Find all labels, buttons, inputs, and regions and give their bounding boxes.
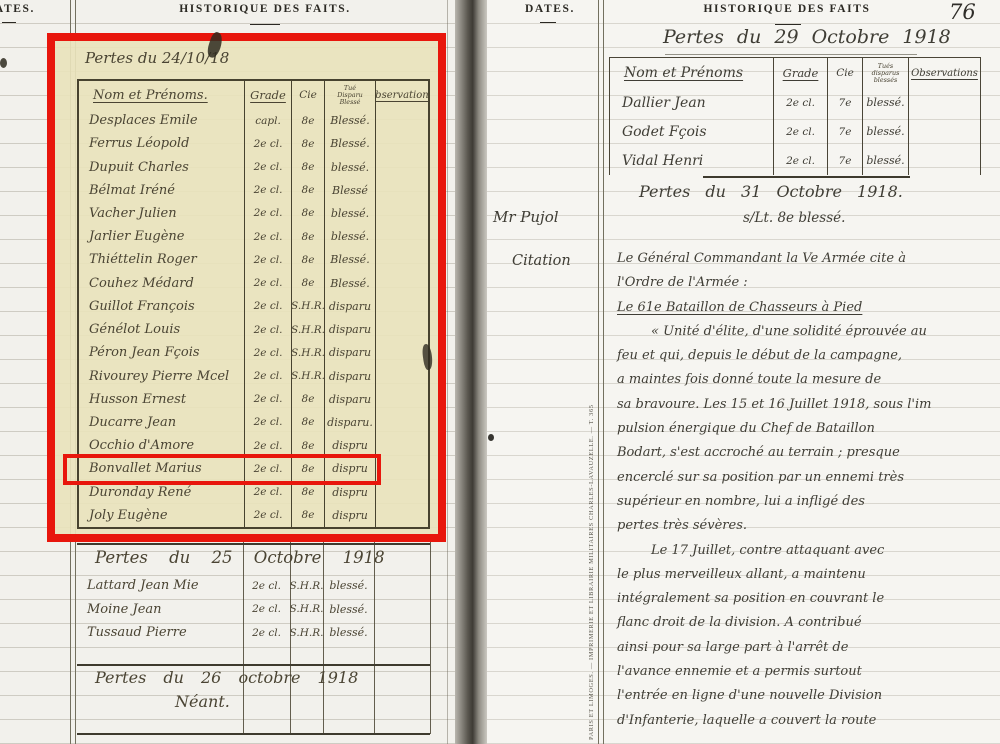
dates-column-header-right: DATES. bbox=[525, 3, 575, 15]
citation-line: l'avance ennemie et a permis surtout bbox=[617, 660, 997, 684]
cell-name: Ferrus Léopold bbox=[79, 132, 245, 155]
citation-line: Le Général Commandant la Ve Armée cite à bbox=[617, 247, 997, 271]
citation-line: Bodart, s'est accroché au terrain ; pres… bbox=[617, 441, 997, 465]
status-line-blesses: blessés bbox=[874, 77, 898, 84]
pertes-24-table-header: Nom et Prénoms. Grade Cie Tué Disparu Bl… bbox=[79, 81, 428, 109]
pertes-25-title: Pertes du 25 Octobre 1918 bbox=[95, 548, 385, 567]
cell-status: blessé. bbox=[325, 202, 376, 225]
historique-underline-left bbox=[250, 24, 280, 25]
cell-cie: 7e bbox=[828, 88, 863, 117]
historique-header-left: HISTORIQUE DES FAITS. bbox=[120, 3, 410, 15]
cell-obs bbox=[376, 295, 428, 318]
table-row: Péron Jean Fçois2e cl.S.H.R.disparu bbox=[79, 341, 428, 364]
cell-cie: 8e bbox=[292, 411, 325, 434]
cell-grade: 2e cl. bbox=[245, 179, 292, 202]
margin-rule-right-page bbox=[598, 0, 604, 744]
citation-line: l'entrée en ligne d'une nouvelle Divisio… bbox=[617, 684, 997, 708]
column-header-name: Nom et Prénoms bbox=[610, 58, 774, 88]
cell-name: Vidal Henri bbox=[610, 146, 774, 175]
bonvallet-row-highlight-annotation bbox=[63, 454, 381, 485]
pertes-29-table: Nom et Prénoms Grade Cie Tués disparus b… bbox=[609, 57, 981, 175]
column-header-status: Tué Disparu Blessé bbox=[325, 81, 376, 109]
dates-underline-right bbox=[540, 22, 556, 23]
cell-grade: 2e cl. bbox=[774, 88, 828, 117]
cell-grade: 2e cl. bbox=[245, 272, 292, 295]
table-row: Godet Fçois2e cl.7eblessé. bbox=[610, 117, 980, 146]
cell-status: Blessé. bbox=[325, 109, 376, 132]
cell-status: blessé. bbox=[325, 155, 376, 178]
cell-grade: 2e cl. bbox=[243, 574, 290, 598]
table-row: Dupuit Charles2e cl.8eblessé. bbox=[79, 155, 428, 178]
page-edge-rule-left bbox=[447, 0, 448, 744]
cell-status: Blessé bbox=[325, 179, 376, 202]
historique-header-right: HISTORIQUE DES FAITS bbox=[667, 3, 907, 15]
citation-line: a maintes fois donné toute la mesure de bbox=[617, 368, 997, 392]
cell-status: blessé. bbox=[323, 598, 374, 622]
cell-obs bbox=[376, 434, 428, 457]
cell-name: Lattard Jean Mie bbox=[77, 574, 243, 598]
table-row: Bélmat Iréné2e cl.8eBlessé bbox=[79, 179, 428, 202]
cell-name: Moine Jean bbox=[77, 598, 243, 622]
citation-line: Le 17 Juillet, contre attaquant avec bbox=[617, 539, 997, 563]
cell-obs bbox=[374, 598, 430, 622]
cell-name: Génélot Louis bbox=[79, 318, 245, 341]
citation-line: d'Infanterie, laquelle a couvert la rout… bbox=[617, 709, 997, 733]
cell-grade: 2e cl. bbox=[245, 225, 292, 248]
citation-line: supérieur en nombre, lui a infligé des bbox=[617, 490, 997, 514]
cell-name: Vacher Julien bbox=[79, 202, 245, 225]
cell-cie: 8e bbox=[292, 109, 325, 132]
status-line-blesse: Blessé bbox=[340, 99, 361, 106]
table-row: Génélot Louis2e cl.S.H.R.disparu bbox=[79, 318, 428, 341]
cell-status: blessé. bbox=[863, 146, 909, 175]
table-row: Vidal Henri2e cl.7eblessé. bbox=[610, 146, 980, 175]
citation-label: Citation bbox=[512, 253, 571, 269]
cell-name: Tussaud Pierre bbox=[77, 621, 243, 645]
cell-obs bbox=[376, 318, 428, 341]
cell-grade: 2e cl. bbox=[245, 364, 292, 387]
cell-obs bbox=[376, 341, 428, 364]
cell-name: Ducarre Jean bbox=[79, 411, 245, 434]
historique-underline-right bbox=[775, 24, 801, 25]
column-header-cie: Cie bbox=[292, 81, 325, 109]
pertes-24-highlight-annotation: Pertes du 24/10/18 Nom et Prénoms. Grade… bbox=[47, 33, 446, 542]
printer-imprint: PARIS ET LIMOGES. — IMPRIMERIE ET LIBRAI… bbox=[588, 280, 595, 740]
cell-obs bbox=[374, 574, 430, 598]
cell-name: Dallier Jean bbox=[610, 88, 774, 117]
cell-status: blessé. bbox=[325, 225, 376, 248]
cell-name: Couhez Médard bbox=[79, 272, 245, 295]
citation-line: sa bravoure. Les 15 et 16 Juillet 1918, … bbox=[617, 393, 997, 417]
cell-grade: 2e cl. bbox=[245, 388, 292, 411]
table-row: Husson Ernest2e cl.8edisparu bbox=[79, 388, 428, 411]
cell-grade: 2e cl. bbox=[245, 318, 292, 341]
citation-line: le plus merveilleux allant, a maintenu bbox=[617, 563, 997, 587]
table-row: Jarlier Eugène2e cl.8eblessé. bbox=[79, 225, 428, 248]
cell-obs bbox=[909, 88, 980, 117]
cell-status: disparu bbox=[325, 295, 376, 318]
cell-status: disparu bbox=[325, 388, 376, 411]
citation-line: l'Ordre de l'Armée : bbox=[617, 271, 997, 295]
cell-obs bbox=[376, 481, 428, 504]
cell-grade: 2e cl. bbox=[245, 295, 292, 318]
citation-line: « Unité d'élite, d'une solidité éprouvée… bbox=[617, 320, 997, 344]
cell-cie: 7e bbox=[828, 146, 863, 175]
table-row: Dallier Jean2e cl.7eblessé. bbox=[610, 88, 980, 117]
cell-name: Rivourey Pierre Mcel bbox=[79, 364, 245, 387]
cell-status: disparu bbox=[325, 341, 376, 364]
cell-cie: 8e bbox=[292, 248, 325, 271]
cell-cie: S.H.R. bbox=[290, 574, 323, 598]
column-header-cie: Cie bbox=[828, 58, 863, 88]
citation-line: pertes très sévères. bbox=[617, 514, 997, 538]
cell-obs bbox=[909, 117, 980, 146]
table-row: Ducarre Jean2e cl.8edisparu. bbox=[79, 411, 428, 434]
cell-grade: 2e cl. bbox=[245, 504, 292, 527]
cell-name: Godet Fçois bbox=[610, 117, 774, 146]
pertes-31-officer-detail: s/Lt. 8e blessé. bbox=[743, 210, 845, 226]
cell-obs bbox=[376, 411, 428, 434]
cell-grade: 2e cl. bbox=[245, 248, 292, 271]
section-divider bbox=[77, 733, 430, 735]
table-row: Moine Jean2e cl.S.H.R.blessé. bbox=[77, 598, 430, 622]
cell-grade: 2e cl. bbox=[245, 411, 292, 434]
cell-grade: 2e cl. bbox=[774, 146, 828, 175]
cell-name: Desplaces Emile bbox=[79, 109, 245, 132]
cell-status: blessé. bbox=[863, 117, 909, 146]
cell-obs bbox=[376, 109, 428, 132]
pertes-26-note: Néant. bbox=[175, 692, 230, 711]
right-page: DATES. HISTORIQUE DES FAITS 76 PARIS ET … bbox=[487, 0, 1000, 744]
cell-name: Bélmat Iréné bbox=[79, 179, 245, 202]
column-header-grade: Grade bbox=[774, 58, 828, 88]
cell-cie: 8e bbox=[292, 155, 325, 178]
cell-cie: 8e bbox=[292, 132, 325, 155]
cell-name: Jarlier Eugène bbox=[79, 225, 245, 248]
ink-dot bbox=[488, 434, 494, 441]
column-header-observations: Observations. bbox=[376, 81, 428, 109]
table-row: Lattard Jean Mie2e cl.S.H.R.blessé. bbox=[77, 574, 430, 598]
pertes-31-title: Pertes du 31 Octobre 1918. bbox=[639, 182, 903, 201]
cell-name: Joly Eugène bbox=[79, 504, 245, 527]
section-divider bbox=[77, 664, 430, 666]
cell-obs bbox=[376, 202, 428, 225]
section-divider bbox=[703, 176, 910, 178]
cell-obs bbox=[376, 155, 428, 178]
table-row: Guillot François2e cl.S.H.R.disparu bbox=[79, 295, 428, 318]
cell-status: blessé. bbox=[863, 88, 909, 117]
cell-status: blessé. bbox=[323, 574, 374, 598]
table-row: Vacher Julien2e cl.8eblessé. bbox=[79, 202, 428, 225]
table-row: Ferrus Léopold2e cl.8eBlessé. bbox=[79, 132, 428, 155]
title-flourish bbox=[665, 54, 917, 55]
table-row: Rivourey Pierre Mcel2e cl.S.H.R.disparu bbox=[79, 364, 428, 387]
table-row: Joly Eugène2e cl.8edispru bbox=[79, 504, 428, 527]
cell-cie: S.H.R. bbox=[292, 295, 325, 318]
cell-status: Blessé. bbox=[325, 272, 376, 295]
cell-obs bbox=[376, 179, 428, 202]
cell-cie: S.H.R. bbox=[290, 598, 323, 622]
citation-line: feu et qui, depuis le début de la campag… bbox=[617, 344, 997, 368]
table-row: Thiéttelin Roger2e cl.8eBlessé. bbox=[79, 248, 428, 271]
cell-cie: 7e bbox=[828, 117, 863, 146]
table-row: Tussaud Pierre2e cl.S.H.R.blessé. bbox=[77, 621, 430, 645]
cell-obs bbox=[376, 388, 428, 411]
citation-lines: Le Général Commandant la Ve Armée cite à… bbox=[617, 247, 997, 733]
cell-grade: 2e cl. bbox=[245, 155, 292, 178]
cell-name: Thiéttelin Roger bbox=[79, 248, 245, 271]
pertes-31-officer: Mr Pujol bbox=[493, 208, 559, 226]
table-row: Desplaces Emilecapl.8eBlessé. bbox=[79, 109, 428, 132]
cell-cie: S.H.R. bbox=[292, 318, 325, 341]
cell-status: disparu bbox=[325, 318, 376, 341]
cell-obs bbox=[376, 248, 428, 271]
cell-obs bbox=[909, 146, 980, 175]
cell-cie: 8e bbox=[292, 202, 325, 225]
cell-cie: 8e bbox=[292, 179, 325, 202]
table-row: Couhez Médard2e cl.8eBlessé. bbox=[79, 272, 428, 295]
pertes-29-table-header: Nom et Prénoms Grade Cie Tués disparus b… bbox=[610, 58, 980, 88]
cell-grade: 2e cl. bbox=[774, 117, 828, 146]
cell-obs bbox=[376, 364, 428, 387]
cell-obs bbox=[376, 225, 428, 248]
column-header-grade: Grade bbox=[245, 81, 292, 109]
citation-line: encerclé sur sa position par un ennemi t… bbox=[617, 466, 997, 490]
column-header-name: Nom et Prénoms. bbox=[79, 81, 245, 109]
cell-cie: S.H.R. bbox=[292, 364, 325, 387]
citation-line: ainsi pour sa large part à l'arrêt de bbox=[617, 636, 997, 660]
cell-grade: capl. bbox=[245, 109, 292, 132]
page-number: 76 bbox=[949, 0, 976, 24]
section-divider bbox=[77, 543, 430, 545]
cell-grade: 2e cl. bbox=[245, 132, 292, 155]
cell-obs bbox=[376, 272, 428, 295]
ink-blot bbox=[0, 58, 7, 68]
pertes-29-title: Pertes du 29 Octobre 1918 bbox=[663, 26, 951, 48]
cell-cie: S.H.R. bbox=[292, 341, 325, 364]
left-page: DATES. HISTORIQUE DES FAITS. Pertes du 2… bbox=[0, 0, 457, 744]
dates-column-header-left: DATES. bbox=[0, 3, 35, 15]
cell-name: Péron Jean Fçois bbox=[79, 341, 245, 364]
dates-underline-left bbox=[2, 22, 16, 23]
cell-name: Guillot François bbox=[79, 295, 245, 318]
cell-grade: 2e cl. bbox=[243, 598, 290, 622]
cell-cie: 8e bbox=[292, 225, 325, 248]
citation-line: intégralement sa position en couvrant le bbox=[617, 587, 997, 611]
cell-cie: 8e bbox=[292, 504, 325, 527]
cell-status: disparu bbox=[325, 364, 376, 387]
cell-cie: 8e bbox=[292, 272, 325, 295]
cell-obs bbox=[374, 621, 430, 645]
cell-status: blessé. bbox=[323, 621, 374, 645]
citation-line: pulsion énergique du Chef de Bataillon bbox=[617, 417, 997, 441]
cell-grade: 2e cl. bbox=[245, 202, 292, 225]
cell-grade: 2e cl. bbox=[245, 341, 292, 364]
cell-obs bbox=[376, 132, 428, 155]
page-binding-seam bbox=[455, 0, 489, 744]
cell-grade: 2e cl. bbox=[243, 621, 290, 645]
cell-status: Blessé. bbox=[325, 248, 376, 271]
citation-line: flanc droit de la division. A contribué bbox=[617, 611, 997, 635]
column-header-observations: Observations bbox=[909, 58, 980, 88]
cell-obs bbox=[376, 457, 428, 480]
pertes-26-title: Pertes du 26 octobre 1918 bbox=[95, 668, 358, 687]
pertes-29-table-body: Dallier Jean2e cl.7eblessé.Godet Fçois2e… bbox=[610, 88, 980, 175]
cell-name: Dupuit Charles bbox=[79, 155, 245, 178]
column-header-status: Tués disparus blessés bbox=[863, 58, 909, 88]
citation-line: Le 61e Bataillon de Chasseurs à Pied bbox=[617, 296, 997, 320]
column-line bbox=[430, 542, 431, 734]
pertes-25-rows: Lattard Jean Mie2e cl.S.H.R.blessé.Moine… bbox=[77, 574, 430, 645]
cell-status: dispru bbox=[325, 504, 376, 527]
cell-obs bbox=[376, 504, 428, 527]
cell-cie: 8e bbox=[292, 388, 325, 411]
cell-status: Blessé. bbox=[325, 132, 376, 155]
cell-cie: S.H.R. bbox=[290, 621, 323, 645]
cell-status: disparu. bbox=[325, 411, 376, 434]
cell-name: Husson Ernest bbox=[79, 388, 245, 411]
